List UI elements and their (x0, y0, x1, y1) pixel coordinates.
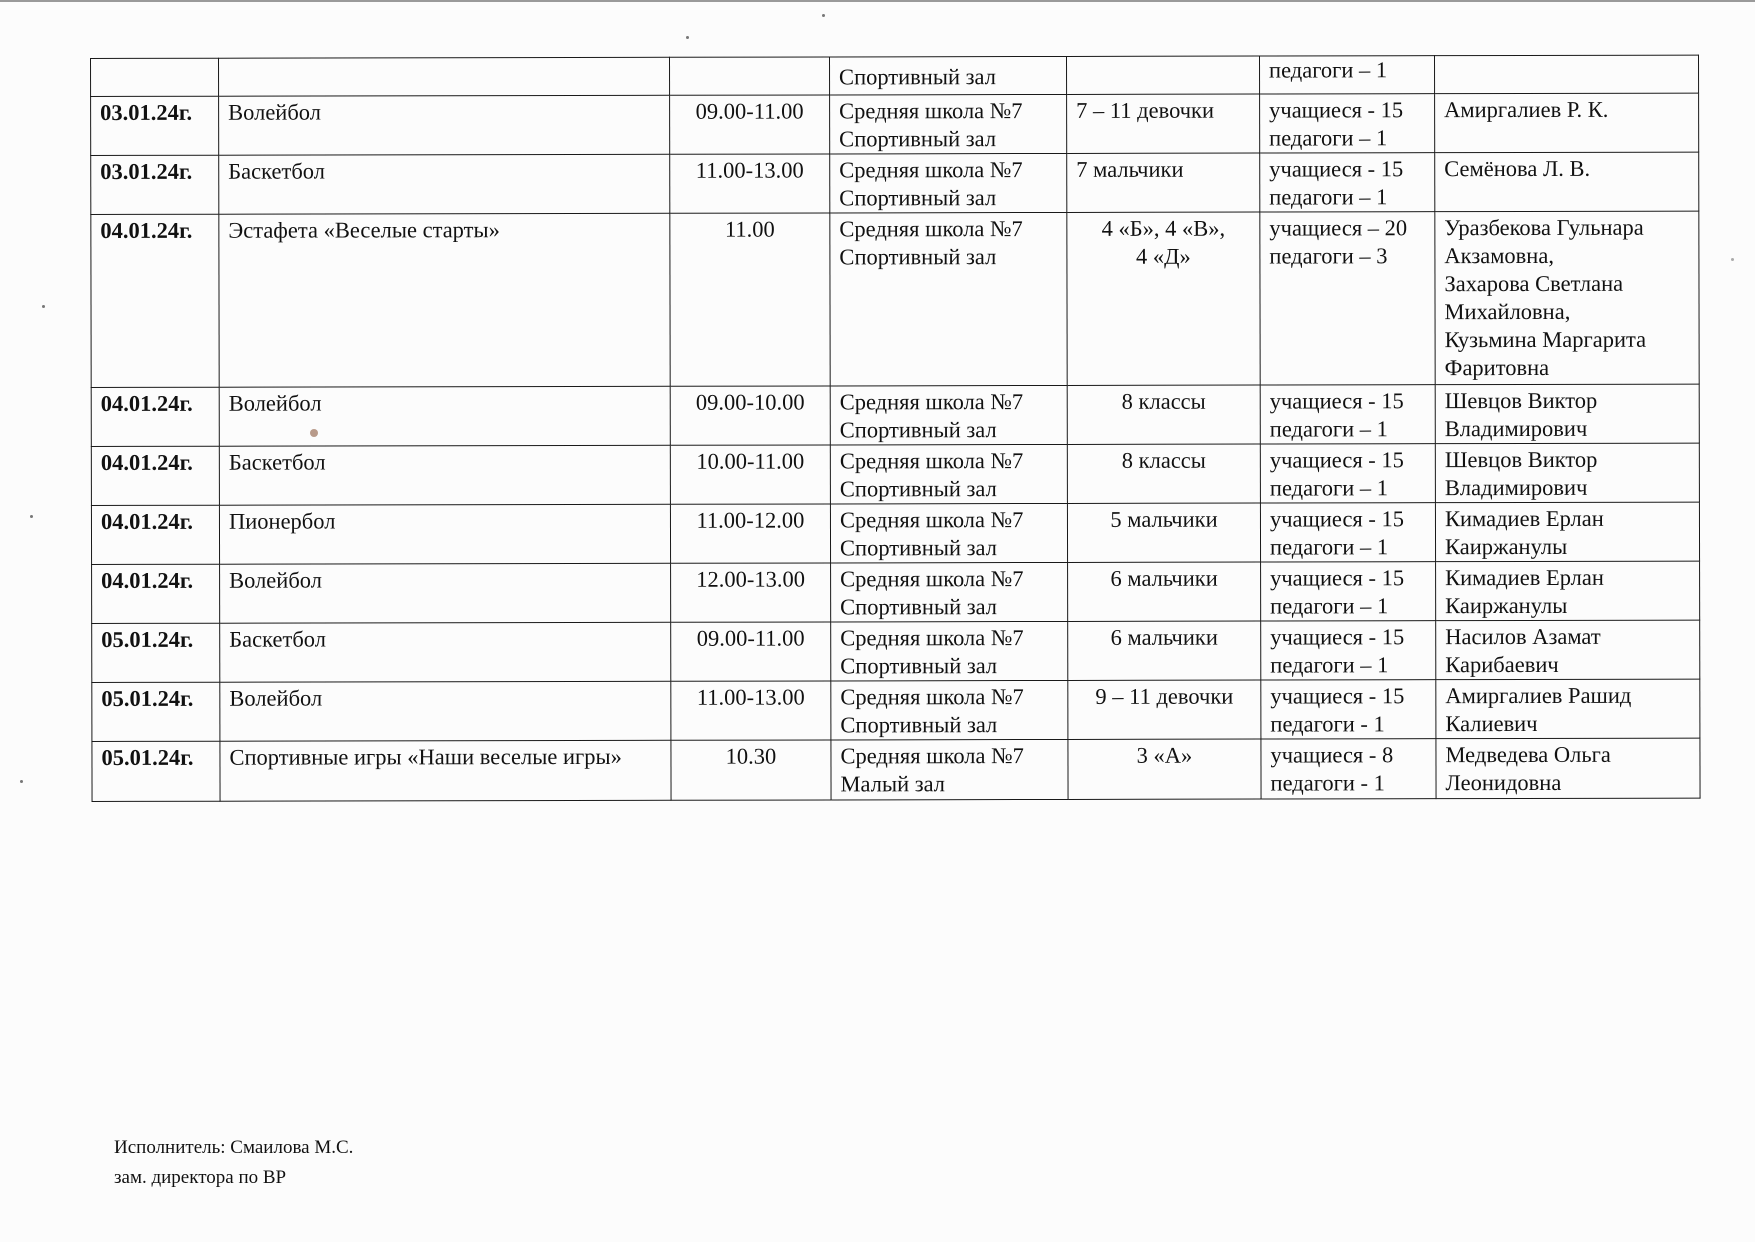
cell-place: Средняя школа №7Спортивный зал (831, 562, 1068, 621)
cell-group: 7 мальчики (1067, 153, 1260, 212)
cell-date: 05.01.24г. (92, 682, 220, 741)
cell-group (1066, 56, 1259, 94)
cell-date: 05.01.24г. (92, 741, 220, 801)
responsible-line: Кимадиев Ерлан (1445, 564, 1690, 593)
event-date: 04.01.24г. (101, 567, 210, 595)
cell-date: 04.01.24г. (91, 505, 219, 564)
cell-place: Средняя школа №7Спортивный зал (830, 503, 1067, 562)
people-line: педагоги – 1 (1269, 56, 1425, 84)
cell-event: Волейбол (220, 681, 671, 741)
group-line: 3 «А» (1077, 742, 1251, 770)
table-row: 04.01.24г.Пионербол11.00-12.00Средняя шк… (91, 502, 1699, 564)
event-time: 11.00-12.00 (680, 506, 821, 534)
table-row: 04.01.24г.Баскетбол10.00-11.00Средняя шк… (91, 443, 1699, 505)
cell-date (91, 58, 219, 96)
participants-line: учащиеся - 15 (1270, 682, 1426, 710)
participants-line: педагоги - 1 (1270, 769, 1426, 797)
cell-place: Средняя школа №7Спортивный зал (830, 94, 1067, 153)
scan-speck (310, 429, 318, 437)
executor-line: Исполнитель: Смаилова М.С. (114, 1133, 353, 1163)
cell-responsible: Кимадиев ЕрланКаиржанулы (1436, 561, 1700, 621)
group-line: 8 классы (1077, 388, 1251, 416)
cell-date: 04.01.24г. (91, 446, 219, 505)
responsible-line: Кузьмина Маргарита (1445, 326, 1690, 355)
participants-line: учащиеся – 20 (1269, 214, 1425, 242)
responsible-line: Михайловна, (1445, 298, 1690, 327)
event-name: Волейбол (229, 391, 322, 416)
cell-event: Волейбол (219, 95, 670, 155)
cell-group: 8 классы (1067, 444, 1260, 503)
event-time: 10.30 (680, 742, 821, 770)
responsible-line: Владимирович (1445, 474, 1690, 503)
responsible-line: Каиржанулы (1445, 533, 1690, 562)
event-date: 04.01.24г. (101, 508, 210, 536)
cell-place: Средняя школа №7Спортивный зал (830, 212, 1067, 385)
responsible-line: Владимирович (1445, 415, 1690, 444)
cell-event (219, 57, 670, 96)
event-time: 11.00 (679, 215, 820, 243)
cell-responsible (1434, 55, 1698, 94)
place-line: Спортивный зал (839, 243, 1057, 271)
participants-line: учащиеся - 15 (1270, 564, 1426, 592)
cell-group: 3 «А» (1068, 739, 1261, 799)
cell-place: Средняя школа №7Спортивный зал (831, 621, 1068, 680)
table-row: 04.01.24г.Волейбол09.00-10.00Средняя шко… (91, 384, 1699, 446)
cell-group: 5 мальчики (1067, 503, 1260, 562)
group-line: 4 «Б», 4 «В», (1076, 215, 1250, 243)
table-row: 04.01.24г.Волейбол12.00-13.00Средняя шко… (92, 561, 1700, 623)
event-date: 04.01.24г. (101, 449, 210, 477)
place-line: Спортивный зал (839, 125, 1057, 153)
event-time: 09.00-10.00 (680, 388, 821, 416)
cell-responsible: Шевцов ВикторВладимирович (1435, 443, 1699, 503)
cell-event: Спортивные игры «Наши веселые игры» (220, 740, 671, 801)
event-name: Баскетбол (229, 450, 326, 475)
event-time: 11.00-13.00 (680, 683, 821, 711)
cell-participants: учащиеся - 15педагоги – 1 (1260, 153, 1435, 212)
group-line: 6 мальчики (1077, 565, 1251, 593)
scan-edge (0, 0, 1755, 2)
place-line: Средняя школа №7 (840, 388, 1058, 416)
table-row: 05.01.24г.Спортивные игры «Наши веселые … (92, 738, 1700, 801)
cell-place: Средняя школа №7Спортивный зал (831, 680, 1068, 739)
place-line: Спортивный зал (840, 475, 1058, 503)
scan-speck (30, 515, 33, 518)
participants-line: педагоги - 1 (1270, 710, 1426, 738)
group-line: 8 классы (1077, 447, 1251, 475)
cell-event: Волейбол (220, 563, 671, 623)
place-line: Спортивный зал (840, 652, 1058, 680)
cell-group: 7 – 11 девочки (1067, 94, 1260, 153)
cell-time: 10.30 (671, 740, 831, 800)
participants-line: учащиеся - 15 (1270, 505, 1426, 533)
place-line: Средняя школа №7 (840, 565, 1058, 593)
document-footer: Исполнитель: Смаилова М.С. зам. директор… (114, 1133, 353, 1193)
place-line: Средняя школа №7 (840, 447, 1058, 475)
responsible-line: Калиевич (1445, 710, 1690, 739)
cell-date: 04.01.24г. (91, 214, 219, 387)
place-line: Спортивный зал (840, 593, 1058, 621)
cell-event: Эстафета «Веселые старты» (219, 213, 670, 387)
cell-event: Баскетбол (220, 622, 671, 682)
table-row-continued: Спортивный зал педагоги – 1 (91, 55, 1699, 96)
event-date: 05.01.24г. (101, 685, 210, 713)
cell-responsible: Шевцов ВикторВладимирович (1435, 384, 1699, 444)
cell-group: 4 «Б», 4 «В»,4 «Д» (1067, 212, 1260, 385)
cell-time: 11.00-13.00 (671, 681, 831, 740)
event-name: Спортивные игры «Наши веселые игры» (229, 744, 621, 770)
scan-speck (1731, 258, 1734, 261)
scan-speck (822, 14, 825, 17)
responsible-line: Акзамовна, (1444, 242, 1689, 271)
cell-date: 04.01.24г. (92, 564, 220, 623)
cell-date: 03.01.24г. (91, 155, 219, 214)
cell-participants: учащиеся - 8педагоги - 1 (1261, 739, 1436, 799)
participants-line: учащиеся - 15 (1269, 155, 1425, 183)
place-line: Средняя школа №7 (839, 215, 1057, 243)
participants-line: педагоги – 1 (1270, 474, 1426, 502)
event-time: 12.00-13.00 (680, 565, 821, 593)
event-name: Баскетбол (228, 159, 325, 184)
cell-group: 6 мальчики (1068, 562, 1261, 621)
cell-time: 11.00-13.00 (670, 154, 830, 213)
cell-participants: учащиеся - 15педагоги – 1 (1260, 385, 1435, 444)
cell-participants: учащиеся - 15педагоги – 1 (1260, 94, 1435, 153)
responsible-line: Шевцов Виктор (1445, 387, 1690, 416)
place-line: Средняя школа №7 (840, 742, 1058, 770)
table-row: 03.01.24г.Баскетбол11.00-13.00Средняя шк… (91, 152, 1699, 214)
group-line: 6 мальчики (1077, 624, 1251, 652)
participants-line: педагоги – 1 (1270, 592, 1426, 620)
cell-event: Волейбол (219, 386, 670, 446)
scan-speck (686, 36, 689, 39)
place-line: Средняя школа №7 (839, 97, 1057, 125)
responsible-line: Фаритовна (1445, 354, 1690, 383)
participants-line: педагоги – 1 (1270, 651, 1426, 679)
place-line: Спортивный зал (839, 63, 1057, 91)
responsible-line: Насилов Азамат (1445, 623, 1690, 652)
cell-responsible: Амиргалиев Р. К. (1435, 93, 1699, 153)
event-name: Эстафета «Веселые старты» (228, 217, 500, 243)
event-name: Волейбол (229, 568, 322, 593)
event-time: 09.00-11.00 (679, 97, 820, 125)
cell-date: 03.01.24г. (91, 96, 219, 155)
place-line: Спортивный зал (840, 711, 1058, 739)
cell-time: 11.00-12.00 (670, 504, 830, 563)
group-line: 7 мальчики (1076, 156, 1250, 184)
cell-time (669, 57, 829, 95)
cell-date: 04.01.24г. (91, 387, 219, 446)
cell-time: 09.00-11.00 (670, 95, 830, 154)
event-name: Баскетбол (229, 627, 326, 652)
cell-event: Баскетбол (219, 445, 670, 505)
cell-event: Пионербол (219, 504, 670, 564)
participants-line: педагоги – 1 (1269, 124, 1425, 152)
place-line: Средняя школа №7 (840, 506, 1058, 534)
group-line: 7 – 11 девочки (1076, 97, 1250, 125)
cell-place: Средняя школа №7Малый зал (831, 739, 1068, 799)
participants-line: учащиеся - 15 (1269, 96, 1425, 124)
responsible-line: Семёнова Л. В. (1444, 155, 1689, 184)
cell-place: Средняя школа №7Спортивный зал (830, 385, 1067, 444)
cell-time: 12.00-13.00 (671, 563, 831, 622)
place-line: Средняя школа №7 (839, 156, 1057, 184)
responsible-line: Амиргалиев Р. К. (1444, 96, 1689, 125)
cell-participants: учащиеся – 20педагоги – 3 (1260, 212, 1435, 385)
event-date: 03.01.24г. (100, 99, 209, 127)
place-line: Спортивный зал (839, 184, 1057, 212)
event-date: 04.01.24г. (101, 390, 210, 418)
responsible-line: Карибаевич (1445, 651, 1690, 680)
event-date: 05.01.24г. (101, 744, 210, 772)
cell-place: Спортивный зал (829, 56, 1066, 94)
place-line: Средняя школа №7 (840, 624, 1058, 652)
participants-line: педагоги – 1 (1269, 183, 1425, 211)
scanned-page: Спортивный зал педагоги – 1 03.01.24г.Во… (0, 0, 1755, 1242)
cell-group: 6 мальчики (1068, 621, 1261, 680)
table-row: 05.01.24г.Волейбол11.00-13.00Средняя шко… (92, 679, 1700, 741)
cell-participants: педагоги – 1 (1259, 56, 1434, 94)
cell-event: Баскетбол (219, 154, 670, 214)
place-line: Спортивный зал (840, 534, 1058, 562)
table-row: 03.01.24г.Волейбол09.00-11.00Средняя шко… (91, 93, 1699, 155)
event-date: 04.01.24г. (100, 217, 209, 245)
cell-responsible: Семёнова Л. В. (1435, 152, 1699, 212)
cell-responsible: Кимадиев ЕрланКаиржанулы (1435, 502, 1699, 562)
cell-participants: учащиеся - 15педагоги – 1 (1261, 562, 1436, 621)
event-name: Волейбол (228, 100, 321, 125)
executor-position: зам. директора по ВР (114, 1163, 353, 1193)
cell-time: 09.00-10.00 (670, 386, 830, 445)
event-time: 09.00-11.00 (680, 624, 821, 652)
cell-place: Средняя школа №7Спортивный зал (830, 444, 1067, 503)
participants-line: педагоги – 1 (1270, 533, 1426, 561)
table-row: 05.01.24г.Баскетбол09.00-11.00Средняя шк… (92, 620, 1700, 682)
cell-group: 8 классы (1067, 385, 1260, 444)
table-row: 04.01.24г.Эстафета «Веселые старты»11.00… (91, 211, 1699, 387)
participants-line: педагоги – 3 (1269, 242, 1425, 270)
participants-line: учащиеся - 15 (1270, 623, 1426, 651)
event-time: 11.00-13.00 (679, 156, 820, 184)
responsible-line: Амиргалиев Рашид (1445, 682, 1690, 711)
cell-responsible: Уразбекова ГульнараАкзамовна,Захарова Св… (1435, 211, 1699, 385)
place-line: Средняя школа №7 (840, 683, 1058, 711)
responsible-line: Шевцов Виктор (1445, 446, 1690, 475)
responsible-line: Медведева Ольга (1445, 741, 1690, 770)
group-line: 4 «Д» (1076, 243, 1250, 271)
scan-speck (42, 305, 45, 308)
cell-time: 09.00-11.00 (671, 622, 831, 681)
responsible-line: Кимадиев Ерлан (1445, 505, 1690, 534)
cell-participants: учащиеся - 15педагоги – 1 (1261, 621, 1436, 680)
cell-participants: учащиеся - 15педагоги - 1 (1261, 680, 1436, 739)
event-date: 05.01.24г. (101, 626, 210, 654)
cell-group: 9 – 11 девочки (1068, 680, 1261, 739)
place-line: Спортивный зал (840, 416, 1058, 444)
cell-place: Средняя школа №7Спортивный зал (830, 153, 1067, 212)
participants-line: учащиеся - 15 (1270, 446, 1426, 474)
group-line: 5 мальчики (1077, 506, 1251, 534)
event-name: Волейбол (229, 686, 322, 711)
responsible-line: Леонидовна (1445, 769, 1690, 798)
cell-date: 05.01.24г. (92, 623, 220, 682)
cell-participants: учащиеся - 15педагоги – 1 (1260, 444, 1435, 503)
event-date: 03.01.24г. (100, 158, 209, 186)
participants-line: учащиеся - 15 (1270, 387, 1426, 415)
event-schedule-table: Спортивный зал педагоги – 1 03.01.24г.Во… (90, 55, 1701, 802)
group-line: 9 – 11 девочки (1077, 683, 1251, 711)
responsible-line: Каиржанулы (1445, 592, 1690, 621)
event-name: Пионербол (229, 508, 336, 533)
cell-responsible: Насилов АзаматКарибаевич (1436, 620, 1700, 680)
event-time: 10.00-11.00 (680, 447, 821, 475)
responsible-line: Уразбекова Гульнара (1444, 214, 1689, 243)
participants-line: учащиеся - 8 (1270, 741, 1426, 769)
cell-time: 10.00-11.00 (670, 445, 830, 504)
cell-responsible: Амиргалиев РашидКалиевич (1436, 679, 1700, 739)
scan-speck (20, 780, 23, 783)
place-line: Малый зал (840, 770, 1058, 798)
cell-time: 11.00 (670, 213, 830, 386)
responsible-line: Захарова Светлана (1444, 270, 1689, 299)
participants-line: педагоги – 1 (1270, 415, 1426, 443)
cell-responsible: Медведева ОльгаЛеонидовна (1436, 738, 1700, 799)
cell-participants: учащиеся - 15педагоги – 1 (1260, 503, 1435, 562)
